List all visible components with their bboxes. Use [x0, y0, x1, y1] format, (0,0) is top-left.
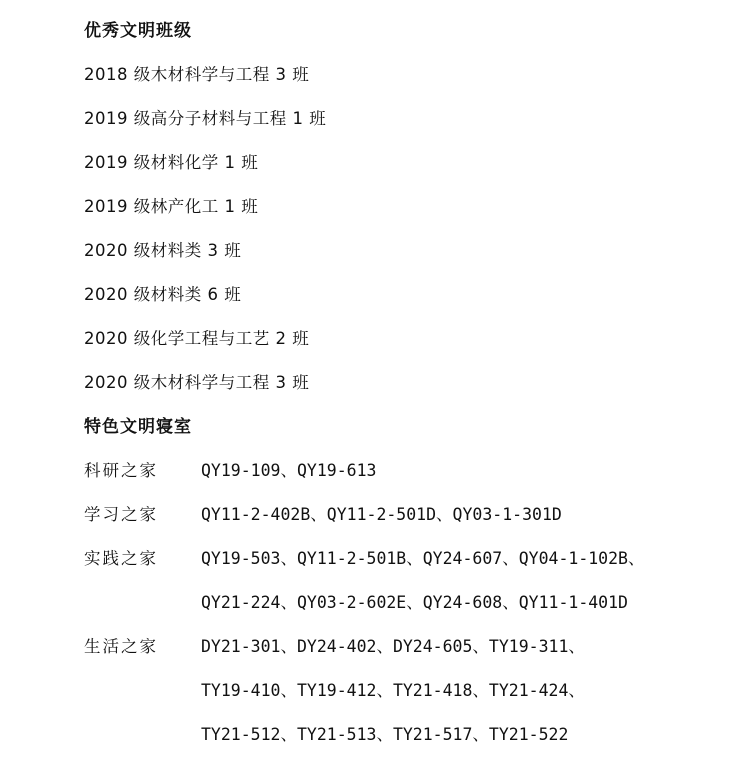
dorm-room-list: DY21-301、DY24-402、DY24-605、TY19-311、 TY1… — [201, 634, 724, 758]
document-body: 优秀文明班级 2018 级木材科学与工程 3 班 2019 级高分子材料与工程 … — [84, 18, 724, 758]
class-item: 2020 级木材科学与工程 3 班 — [84, 370, 724, 414]
dorm-category-label: 生活之家 — [84, 634, 201, 758]
class-item: 2019 级材料化学 1 班 — [84, 150, 724, 194]
dorm-category-practice: 实践之家 QY19-503、QY11-2-501B、QY24-607、QY04-… — [84, 546, 724, 634]
dorm-room-line: TY21-512、TY21-513、TY21-517、TY21-522 — [201, 722, 724, 758]
dorm-room-list: QY19-503、QY11-2-501B、QY24-607、QY04-1-102… — [201, 546, 724, 634]
dorm-category-life: 生活之家 DY21-301、DY24-402、DY24-605、TY19-311… — [84, 634, 724, 758]
dorm-room-line: TY19-410、TY19-412、TY21-418、TY21-424、 — [201, 678, 724, 722]
class-item: 2019 级高分子材料与工程 1 班 — [84, 106, 724, 150]
class-item: 2020 级化学工程与工艺 2 班 — [84, 326, 724, 370]
excellent-classes-heading: 优秀文明班级 — [84, 18, 724, 62]
class-item: 2019 级林产化工 1 班 — [84, 194, 724, 238]
dorm-room-line: QY21-224、QY03-2-602E、QY24-608、QY11-1-401… — [201, 590, 724, 634]
dorm-room-line: QY19-109、QY19-613 — [201, 458, 724, 502]
dorm-category-study: 学习之家 QY11-2-402B、QY11-2-501D、QY03-1-301D — [84, 502, 724, 546]
excellent-classes-list: 2018 级木材科学与工程 3 班 2019 级高分子材料与工程 1 班 201… — [84, 62, 724, 414]
dorm-category-label: 学习之家 — [84, 502, 201, 546]
dorm-room-line: QY11-2-402B、QY11-2-501D、QY03-1-301D — [201, 502, 724, 546]
featured-dorms-list: 科研之家 QY19-109、QY19-613 学习之家 QY11-2-402B、… — [84, 458, 724, 758]
class-item: 2018 级木材科学与工程 3 班 — [84, 62, 724, 106]
dorm-room-line: QY19-503、QY11-2-501B、QY24-607、QY04-1-102… — [201, 546, 724, 590]
dorm-category-label: 实践之家 — [84, 546, 201, 634]
dorm-room-line: DY21-301、DY24-402、DY24-605、TY19-311、 — [201, 634, 724, 678]
dorm-category-research: 科研之家 QY19-109、QY19-613 — [84, 458, 724, 502]
class-item: 2020 级材料类 6 班 — [84, 282, 724, 326]
dorm-room-list: QY19-109、QY19-613 — [201, 458, 724, 502]
class-item: 2020 级材料类 3 班 — [84, 238, 724, 282]
featured-dorms-heading: 特色文明寝室 — [84, 414, 724, 458]
dorm-room-list: QY11-2-402B、QY11-2-501D、QY03-1-301D — [201, 502, 724, 546]
dorm-category-label: 科研之家 — [84, 458, 201, 502]
